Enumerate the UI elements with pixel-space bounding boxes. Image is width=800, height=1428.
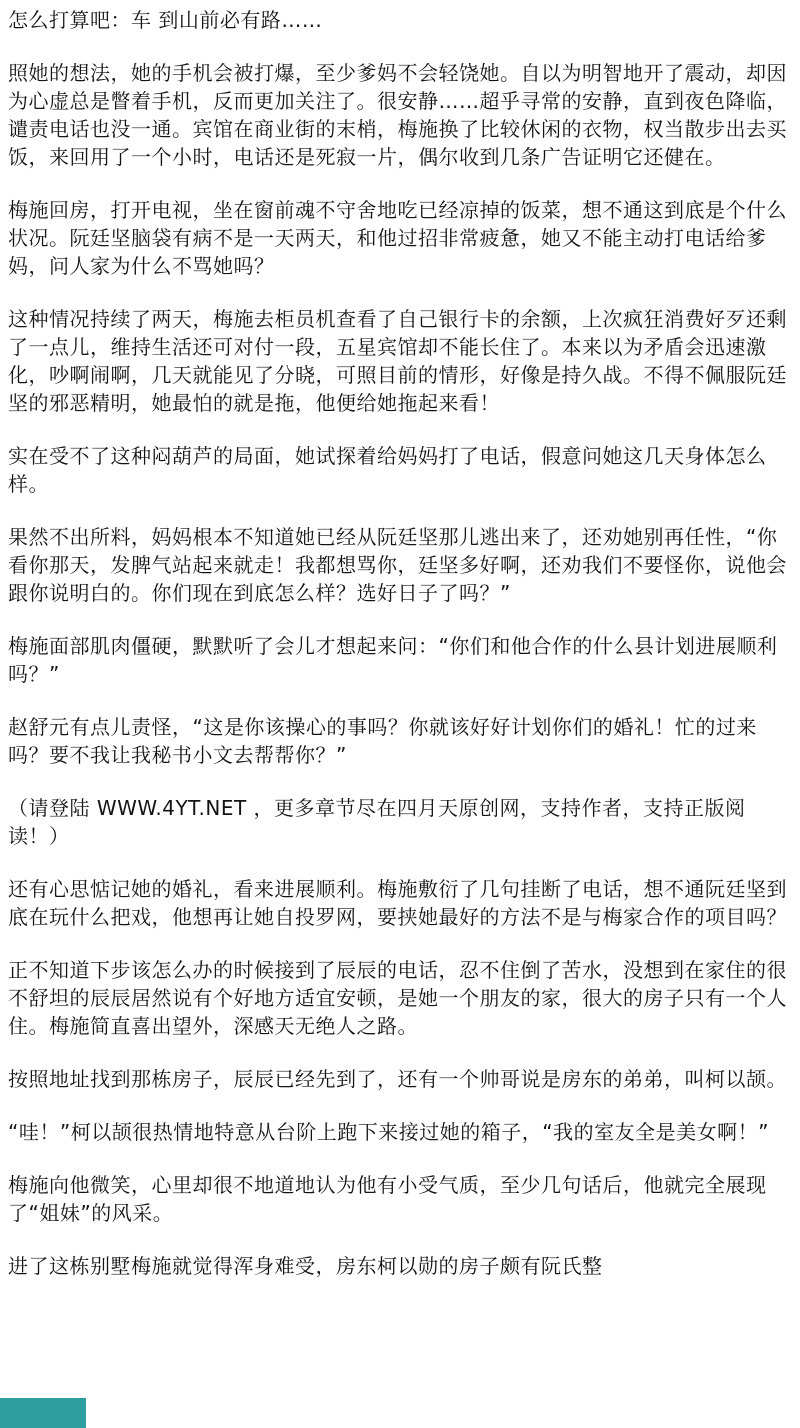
paragraph: 实在受不了这种闷葫芦的局面，她试探着给妈妈打了电话，假意问她这几天身体怎么样。 [8,442,790,498]
paragraph: 果然不出所料，妈妈根本不知道她已经从阮廷坚那儿逃出来了，还劝她别再任性，“你看你… [8,523,790,607]
paragraph: 这种情况持续了两天，梅施去柜员机查看了自己银行卡的余额，上次疯狂消费好歹还剩了一… [8,305,790,417]
novel-text-page: 怎么打算吧：车 到山前必有路…… 照她的想法，她的手机会被打爆，至少爹妈不会轻饶… [0,0,800,1280]
paragraph: 进了这栋别墅梅施就觉得浑身难受，房东柯以勋的房子颇有阮氏整 [8,1252,790,1280]
paragraph: 正不知道下步该怎么办的时候接到了辰辰的电话，忍不住倒了苦水，没想到在家住的很不舒… [8,956,790,1040]
paragraph: 照她的想法，她的手机会被打爆，至少爹妈不会轻饶她。自以为明智地开了震动，却因为心… [8,59,790,171]
publisher-notice: （请登陆 WWW.4YT.NET ，更多章节尽在四月天原创网，支持作者，支持正版… [8,794,790,850]
continuation-line: 怎么打算吧：车 到山前必有路…… [8,6,790,34]
paragraph: 梅施回房，打开电视，坐在窗前魂不守舍地吃已经凉掉的饭菜，想不通这到底是个什么状况… [8,196,790,280]
paragraph: 梅施面部肌肉僵硬，默默听了会儿才想起来问：“你们和他合作的什么县计划进展顺利吗？… [8,632,790,688]
paragraph: “哇！”柯以颉很热情地特意从台阶上跑下来接过她的箱子，“我的室友全是美女啊！” [8,1118,790,1146]
paragraph: 按照地址找到那栋房子，辰辰已经先到了，还有一个帅哥说是房东的弟弟，叫柯以颉。 [8,1065,790,1093]
paragraph: 还有心思惦记她的婚礼，看来进展顺利。梅施敷衍了几句挂断了电话，想不通阮廷坚到底在… [8,875,790,931]
bottom-left-teal-marker [0,1398,86,1428]
paragraph: 赵舒元有点儿责怪，“这是你该操心的事吗？你就该好好计划你们的婚礼！忙的过来吗？要… [8,713,790,769]
paragraph: 梅施向他微笑，心里却很不地道地认为他有小受气质，至少几句话后，他就完全展现了“姐… [8,1171,790,1227]
